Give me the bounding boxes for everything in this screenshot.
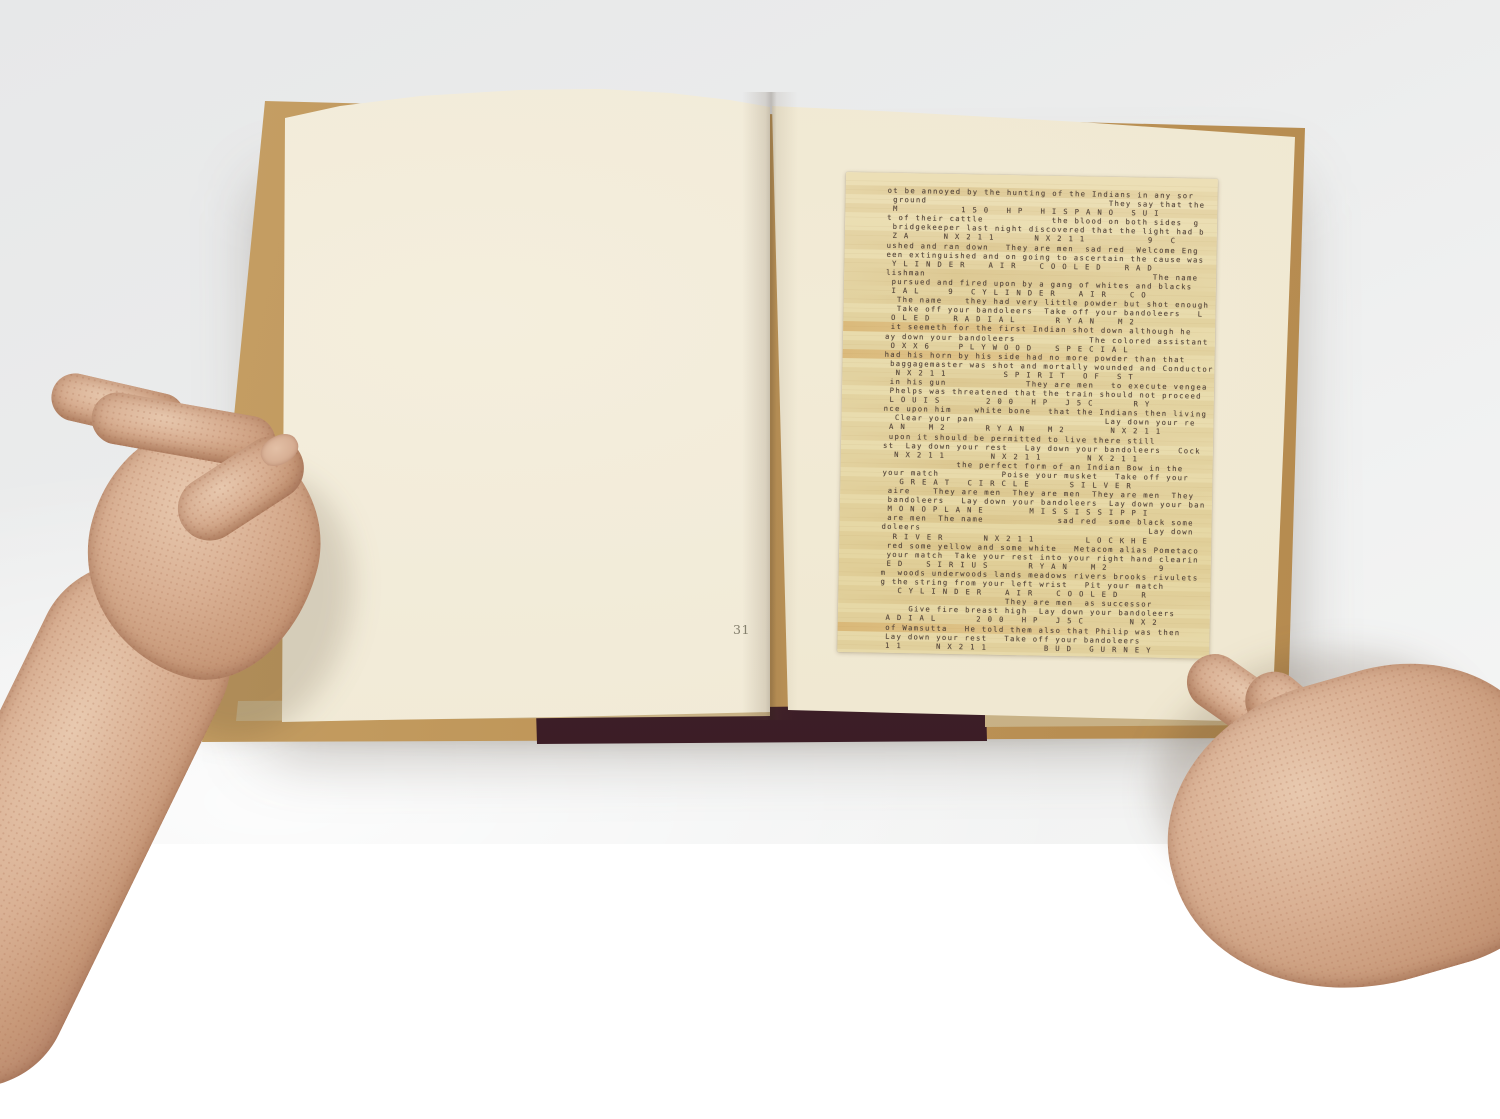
page-number: 31 bbox=[733, 622, 750, 637]
book-gutter bbox=[742, 92, 798, 720]
photo-backdrop: 31 ot be annoyed by the hunting of the I… bbox=[0, 0, 1500, 844]
typed-collage: ot be annoyed by the hunting of the Indi… bbox=[837, 172, 1218, 659]
